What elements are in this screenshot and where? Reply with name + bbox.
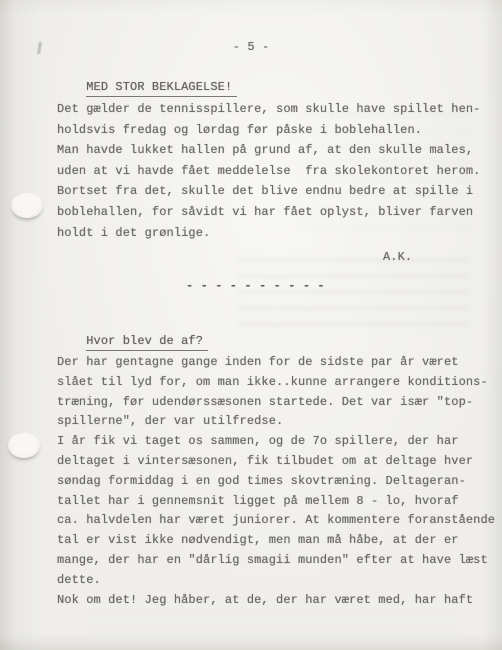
text-line: uden at vi havde fået meddelelse fra sko… <box>57 161 480 182</box>
text-line: ca. halvdelen har været juniorer. At kom… <box>57 511 495 531</box>
text-line: deltaget i vintersæsonen, fik tilbudet o… <box>57 452 495 472</box>
text-line: tallet har i gennemsnit ligget på mellem… <box>57 492 495 512</box>
text-line: spillerne", der var utilfredse. <box>57 412 495 432</box>
text-line: slået til lyd for, om man ikke..kunne ar… <box>57 373 495 393</box>
signature-initials: A.K. <box>383 250 412 264</box>
paragraph-beklagelse: Det gælder de tennisspillere, som skulle… <box>57 99 480 243</box>
text-line: boblehallen, for såvidt vi har fået oply… <box>57 202 480 223</box>
section-heading-beklagelse-text: MED STOR BEKLAGELSE! <box>86 80 237 97</box>
text-line: søndag formiddag i en god times skovtræn… <box>57 472 495 492</box>
punch-hole-top <box>11 193 43 218</box>
text-line: dette. <box>57 571 495 591</box>
punch-hole-bottom <box>8 433 40 458</box>
dashed-separator: - - - - - - - - - - <box>186 279 325 293</box>
text-line: Bortset fra det, skulle det blive endnu … <box>57 181 480 202</box>
paragraph-hvor-blev-de-af: Der har gentagne gange inden for de sids… <box>57 353 495 610</box>
text-line: I år fik vi taget os sammen, og de 7o sp… <box>57 432 495 452</box>
text-line: holdt i det grønlige. <box>57 223 480 244</box>
text-line: Nok om det! Jeg håber, at de, der har væ… <box>57 591 495 611</box>
text-line: holdsvis fredag og lørdag før påske i bo… <box>57 120 480 141</box>
text-line: tal er vist ikke nødvendigt, men man må … <box>57 531 495 551</box>
text-line: Det gælder de tennisspillere, som skulle… <box>57 99 480 120</box>
text-line: træning, før udendørssæsonen startede. D… <box>57 393 495 413</box>
text-line: Man havde lukket hallen på grund af, at … <box>57 140 480 161</box>
scanned-page: - 5 - MED STOR BEKLAGELSE! Det gælder de… <box>0 0 502 650</box>
text-line: mange, der har en "dårlig smagii munden"… <box>57 551 495 571</box>
section-heading-hvor-blev-de-af-text: Hvor blev de af? <box>86 334 208 351</box>
page-number: - 5 - <box>0 40 502 54</box>
text-line: Der har gentagne gange inden for de sids… <box>57 353 495 373</box>
